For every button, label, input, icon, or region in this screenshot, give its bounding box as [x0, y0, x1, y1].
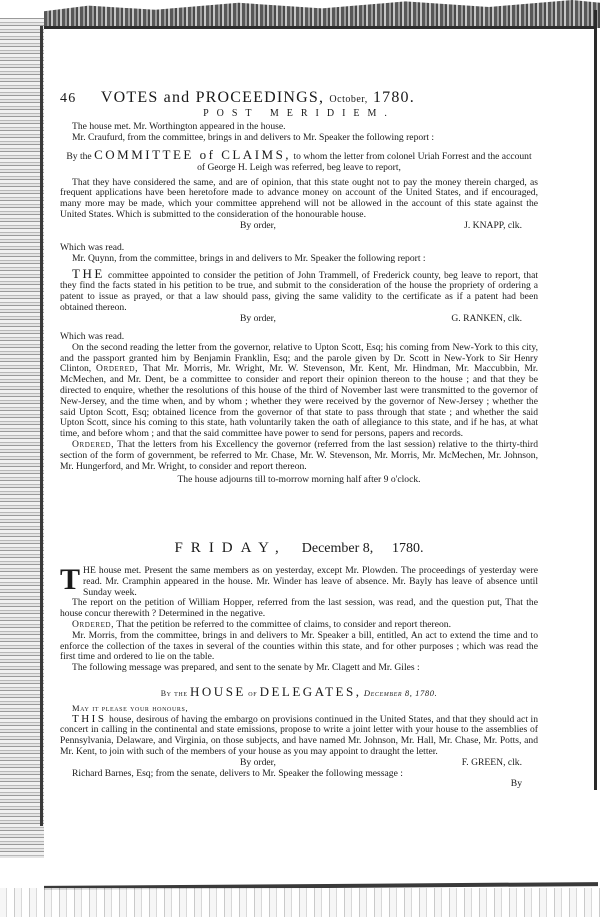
friday-body: T HE house met. Present the same members… [60, 566, 538, 674]
page-number: 46 [60, 91, 96, 107]
quynn-line: Mr. Quynn, from the committee, brings in… [60, 254, 538, 265]
adjourn-line: The house adjourns till to-morrow mornin… [60, 475, 538, 486]
scan-edge-top [44, 0, 600, 28]
letters-paragraph: Ordered, That the letters from his Excel… [60, 440, 538, 472]
clerk-green: F. GREEN, clk. [462, 758, 522, 769]
clerk-knapp: J. KNAPP, clk. [464, 221, 522, 232]
claims-report-opening: By the COMMITTEE of CLAIMS, to whom the … [60, 150, 538, 174]
running-head-month: October, [329, 94, 367, 105]
salutation: May it please your honours, [60, 703, 538, 714]
scott-section: Which was read. On the second reading th… [60, 332, 538, 486]
drop-cap: T [60, 568, 80, 592]
friday-first-paragraph: T HE house met. Present the same members… [60, 566, 538, 598]
by-order: By order, [240, 314, 276, 325]
morris-paragraph: Mr. Morris, from the committee, brings i… [60, 631, 538, 663]
page-border-right [594, 10, 597, 790]
message-body: THIS house, desirous of having the embar… [60, 714, 538, 758]
message-signature: By order, F. GREEN, clk. [60, 758, 538, 769]
page-border-left [40, 26, 43, 826]
craufurd-line: Mr. Craufurd, from the committee, brings… [60, 133, 538, 144]
running-head-title: VOTES and PROCEEDINGS, [101, 89, 324, 106]
trammell-section: Which was read. Mr. Quynn, from the comm… [60, 243, 538, 325]
post-meridiem-heading: POST MERIDIEM. [60, 108, 538, 119]
by-order: By order, [240, 221, 276, 232]
clerk-ranken: G. RANKEN, clk. [451, 314, 522, 325]
committee-name: COMMITTEE of CLAIMS, [94, 147, 291, 162]
trammell-signature: By order, G. RANKEN, clk. [60, 314, 538, 325]
catchword: By [60, 779, 538, 790]
claims-signature: By order, J. KNAPP, clk. [60, 221, 538, 232]
barnes-line: Richard Barnes, Esq; from the senate, de… [60, 769, 538, 780]
running-head-year: 1780. [373, 89, 415, 106]
post-meridiem-opening: The house met. Mr. Worthington appeared … [60, 122, 538, 144]
friday-heading: FRIDAY, December 8, 1780. [60, 540, 538, 557]
scan-edge-left [0, 18, 44, 858]
scan-edge-bottom [0, 888, 600, 917]
message-intro: The following message was prepared, and … [60, 663, 538, 674]
running-head: 46 VOTES and PROCEEDINGS, October, 1780. [60, 89, 538, 107]
by-order: By order, [240, 758, 276, 769]
message-heading: By the HOUSE of DELEGATES, December 8, 1… [60, 687, 538, 700]
scott-paragraph: On the second reading the letter from th… [60, 343, 538, 440]
page-border-top [44, 26, 596, 29]
trammell-report: THE committee appointed to consider the … [60, 269, 538, 314]
claims-report-body: That they have considered the same, and … [60, 178, 538, 221]
claims-report: By the COMMITTEE of CLAIMS, to whom the … [60, 150, 538, 232]
hopper-paragraph: The report on the petition of William Ho… [60, 598, 538, 620]
delegates-message: By the HOUSE of DELEGATES, December 8, 1… [60, 687, 538, 790]
